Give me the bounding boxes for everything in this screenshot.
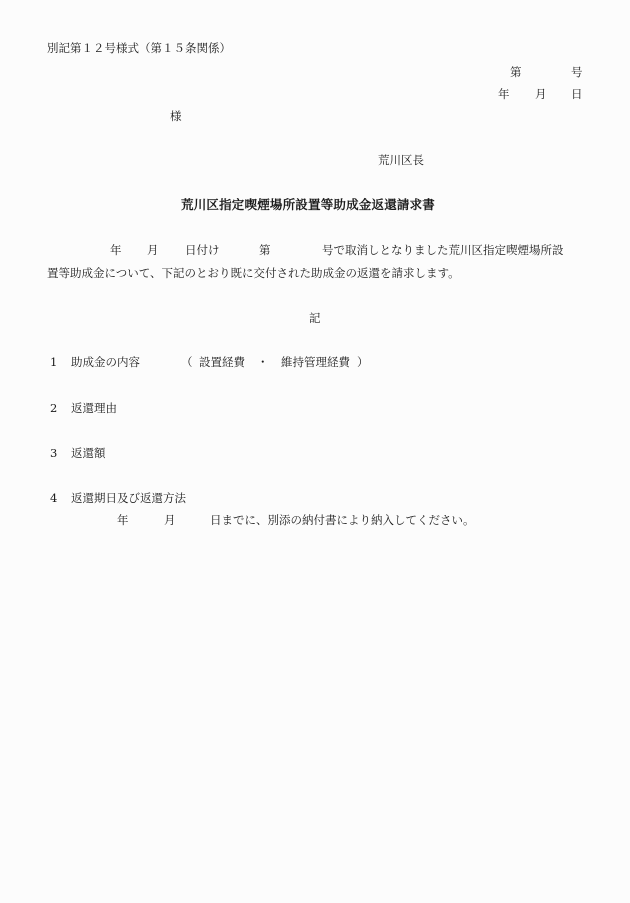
body-line2: 置等助成金について、下記のとおり既に交付された助成金の返還を請求します。 [47, 266, 460, 280]
item-4-number: 4 [50, 491, 57, 505]
item-4-year: 年 [117, 513, 129, 527]
item-4-label: 返還期日及び返還方法 [71, 491, 186, 505]
date-year: 年 [498, 87, 510, 101]
ki-heading: 記 [309, 311, 321, 325]
item-3-number: 3 [50, 446, 57, 460]
item-1-number: 1 [50, 355, 57, 369]
item-3-label: 返還額 [71, 446, 106, 460]
body-year: 年 [110, 243, 122, 257]
number-prefix: 第 [510, 65, 522, 79]
document-title: 荒川区指定喫煙場所設置等助成金返還請求書 [181, 198, 435, 212]
item-4-detail: 日までに、別添の納付書により納入してください。 [210, 513, 475, 527]
item-1-option-maintenance-cost: 維持管理経費 [281, 355, 350, 369]
item-4-month: 月 [164, 513, 176, 527]
item-1-open-paren: （ [181, 355, 193, 369]
body-line1: 号で取消しとなりました荒川区指定喫煙場所設 [322, 243, 564, 257]
item-1-option-setup-cost: 設置経費 [199, 355, 245, 369]
body-day: 日付け [185, 243, 220, 257]
item-2-label: 返還理由 [71, 401, 117, 415]
number-suffix: 号 [571, 65, 583, 79]
item-1-close-paren: ） [357, 355, 369, 369]
body-no: 第 [259, 243, 271, 257]
body-month: 月 [147, 243, 159, 257]
item-2-number: 2 [50, 401, 57, 415]
addressee-suffix: 様 [170, 109, 182, 123]
item-1-separator: ・ [257, 355, 269, 369]
sender: 荒川区長 [378, 153, 424, 167]
date-day: 日 [571, 87, 583, 101]
form-label: 別記第１２号様式（第１５条関係） [47, 41, 231, 55]
date-month: 月 [535, 87, 547, 101]
item-1-label: 助成金の内容 [71, 355, 140, 369]
